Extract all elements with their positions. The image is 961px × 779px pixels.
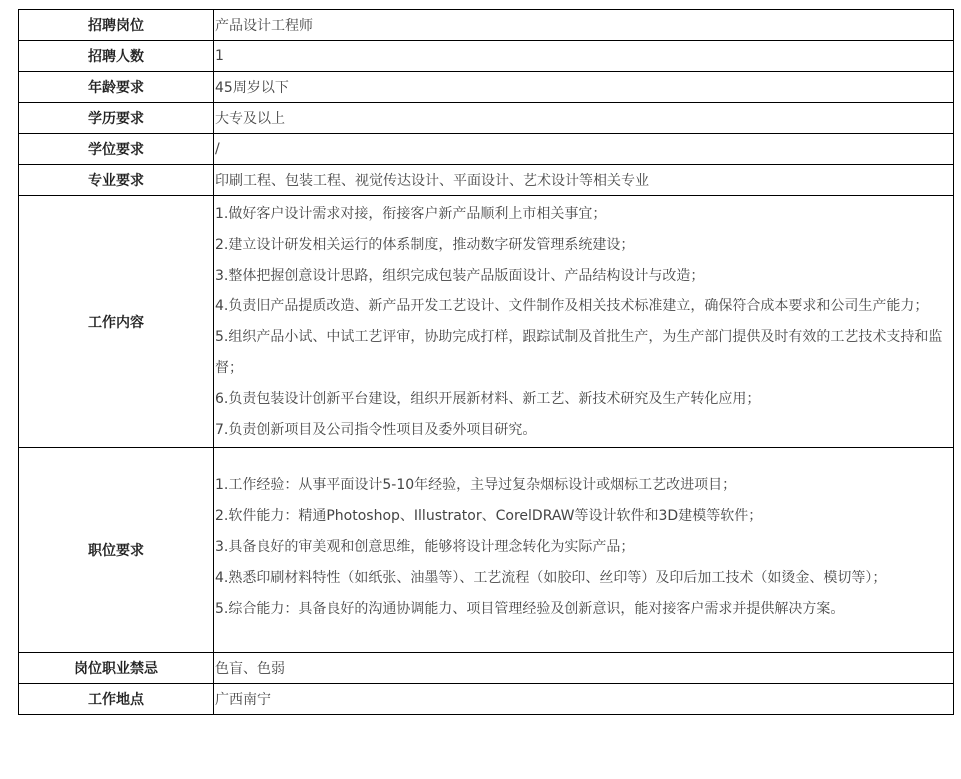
duty-item: 4.负责旧产品提质改造、新产品开发工艺设计、文件制作及相关技术标准建立，确保符合… [215,291,953,322]
row-requirements: 职位要求 1.工作经验：从事平面设计5-10年经验，主导过复杂烟标设计或烟标工艺… [19,448,954,653]
row-degree: 学位要求 / [19,134,954,165]
value-major: 印刷工程、包装工程、视觉传达设计、平面设计、艺术设计等相关专业 [214,165,954,196]
requirement-item: 2.软件能力：精通Photoshop、Illustrator、CorelDRAW… [215,501,953,532]
requirement-item: 4.熟悉印刷材料特性（如纸张、油墨等）、工艺流程（如胶印、丝印等）及印后加工技术… [215,563,953,594]
duty-item: 6.负责包装设计创新平台建设，组织开展新材料、新工艺、新技术研究及生产转化应用； [215,384,953,415]
row-location: 工作地点 广西南宁 [19,684,954,715]
label-contraindications: 岗位职业禁忌 [19,653,214,684]
requirement-item: 1.工作经验：从事平面设计5-10年经验，主导过复杂烟标设计或烟标工艺改进项目； [215,470,953,501]
label-degree: 学位要求 [19,134,214,165]
duty-item: 2.建立设计研发相关运行的体系制度，推动数字研发管理系统建设； [215,230,953,261]
duty-item: 3.整体把握创意设计思路，组织完成包装产品版面设计、产品结构设计与改造； [215,261,953,292]
duty-item: 7.负责创新项目及公司指令性项目及委外项目研究。 [215,415,953,446]
row-position: 招聘岗位 产品设计工程师 [19,10,954,41]
requirement-item: 5.综合能力：具备良好的沟通协调能力、项目管理经验及创新意识，能对接客户需求并提… [215,594,953,625]
row-headcount: 招聘人数 1 [19,41,954,72]
label-location: 工作地点 [19,684,214,715]
duty-item: 1.做好客户设计需求对接，衔接客户新产品顺利上市相关事宜； [215,199,953,230]
row-duties: 工作内容 1.做好客户设计需求对接，衔接客户新产品顺利上市相关事宜； 2.建立设… [19,196,954,448]
label-requirements: 职位要求 [19,448,214,653]
value-age: 45周岁以下 [214,72,954,103]
row-age: 年龄要求 45周岁以下 [19,72,954,103]
requirements-list: 1.工作经验：从事平面设计5-10年经验，主导过复杂烟标设计或烟标工艺改进项目；… [215,470,953,624]
value-duties: 1.做好客户设计需求对接，衔接客户新产品顺利上市相关事宜； 2.建立设计研发相关… [214,196,954,448]
row-education: 学历要求 大专及以上 [19,103,954,134]
value-headcount: 1 [214,41,954,72]
job-posting-table: 招聘岗位 产品设计工程师 招聘人数 1 年龄要求 45周岁以下 学历要求 大专及… [18,9,954,715]
duty-item: 5.组织产品小试、中试工艺评审，协助完成打样，跟踪试制及首批生产，为生产部门提供… [215,322,953,384]
label-headcount: 招聘人数 [19,41,214,72]
label-education: 学历要求 [19,103,214,134]
label-position: 招聘岗位 [19,10,214,41]
label-age: 年龄要求 [19,72,214,103]
value-degree: / [214,134,954,165]
value-location: 广西南宁 [214,684,954,715]
duties-list: 1.做好客户设计需求对接，衔接客户新产品顺利上市相关事宜； 2.建立设计研发相关… [215,199,953,445]
requirement-item: 3.具备良好的审美观和创意思维，能够将设计理念转化为实际产品； [215,532,953,563]
value-requirements: 1.工作经验：从事平面设计5-10年经验，主导过复杂烟标设计或烟标工艺改进项目；… [214,448,954,653]
value-education: 大专及以上 [214,103,954,134]
value-position: 产品设计工程师 [214,10,954,41]
row-contraindications: 岗位职业禁忌 色盲、色弱 [19,653,954,684]
value-contraindications: 色盲、色弱 [214,653,954,684]
row-major: 专业要求 印刷工程、包装工程、视觉传达设计、平面设计、艺术设计等相关专业 [19,165,954,196]
label-duties: 工作内容 [19,196,214,448]
label-major: 专业要求 [19,165,214,196]
